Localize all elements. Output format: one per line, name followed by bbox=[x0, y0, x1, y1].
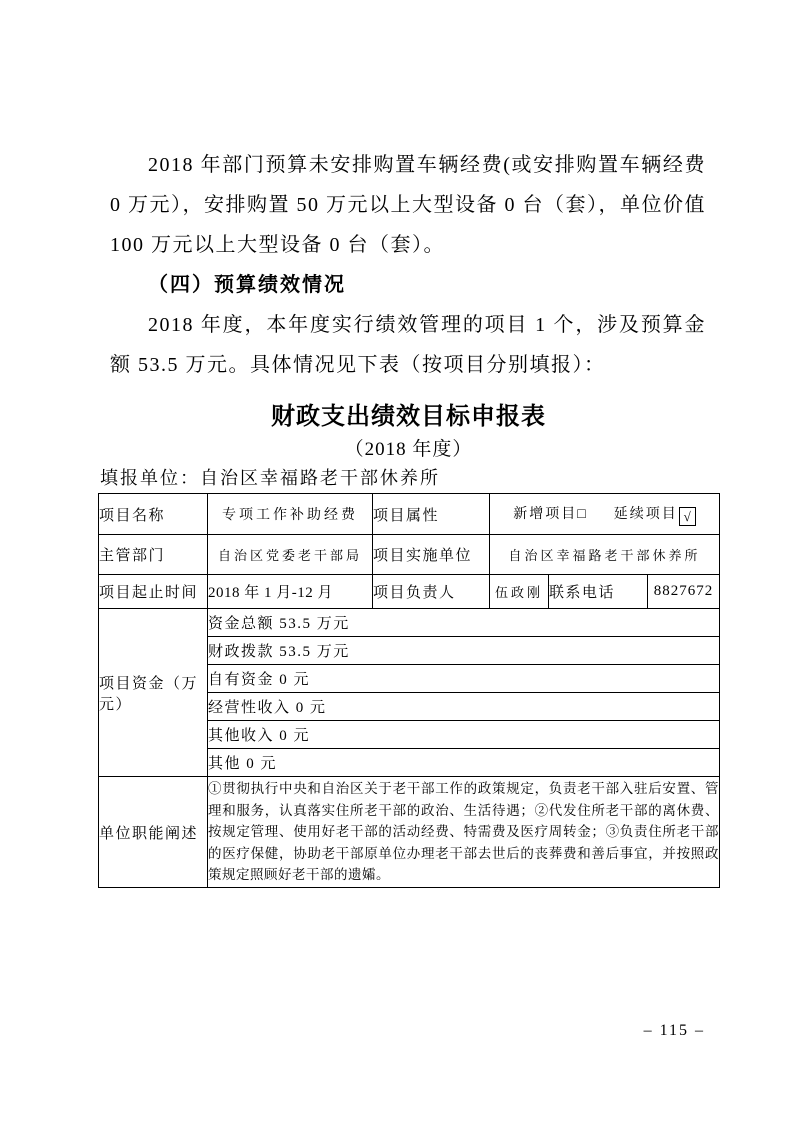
impl-unit-label: 项目实施单位 bbox=[373, 535, 490, 575]
duration-label: 项目起止时间 bbox=[99, 575, 208, 609]
table-row-fund-total: 项目资金（万元） 资金总额 53.5 万元 bbox=[99, 609, 720, 637]
performance-target-table: 项目名称 专项工作补助经费 项目属性 新增项目□延续项目√ 主管部门 自治区党委… bbox=[98, 493, 720, 888]
duty-label: 单位职能阐述 bbox=[99, 777, 208, 888]
fund-item-total: 资金总额 53.5 万元 bbox=[208, 609, 720, 637]
paragraph-vehicle-budget: 2018 年部门预算未安排购置车辆经费(或安排购置车辆经费 0 万元），安排购置… bbox=[98, 145, 719, 265]
phone-value: 8827672 bbox=[648, 575, 720, 609]
project-attr-options: 新增项目□延续项目√ bbox=[490, 494, 720, 535]
duty-content: ①贯彻执行中央和自治区关于老干部工作的政策规定，负责老干部入驻后安置、管理和服务… bbox=[208, 777, 720, 888]
fund-item-other-income: 其他收入 0 元 bbox=[208, 721, 720, 749]
reporting-unit-line: 填报单位：自治区幸福路老干部休养所 bbox=[98, 465, 719, 491]
project-name-label: 项目名称 bbox=[99, 494, 208, 535]
paragraph-performance-summary: 2018 年度，本年度实行绩效管理的项目 1 个，涉及预算金额 53.5 万元。… bbox=[98, 305, 719, 385]
table-row-department: 主管部门 自治区党委老干部局 项目实施单位 自治区幸福路老干部休养所 bbox=[99, 535, 720, 575]
project-attr-label: 项目属性 bbox=[373, 494, 490, 535]
continue-project-option: 延续项目 bbox=[614, 507, 678, 522]
department-label: 主管部门 bbox=[99, 535, 208, 575]
page-number: – 115 – bbox=[644, 1022, 705, 1040]
reporting-unit-label: 填报单位： bbox=[100, 468, 200, 488]
fund-item-fiscal: 财政拨款 53.5 万元 bbox=[208, 637, 720, 665]
document-page: 2018 年部门预算未安排购置车辆经费(或安排购置车辆经费 0 万元），安排购置… bbox=[0, 0, 793, 1122]
fund-item-other: 其他 0 元 bbox=[208, 749, 720, 777]
table-row-duration-leader: 项目起止时间 2018 年 1 月-12 月 项目负责人 伍政刚 联系电话 88… bbox=[99, 575, 720, 609]
table-row-duty: 单位职能阐述 ①贯彻执行中央和自治区关于老干部工作的政策规定，负责老干部入驻后安… bbox=[99, 777, 720, 888]
impl-unit-value: 自治区幸福路老干部休养所 bbox=[490, 535, 720, 575]
project-funds-label: 项目资金（万元） bbox=[99, 609, 208, 777]
section-heading-budget-performance: （四）预算绩效情况 bbox=[98, 265, 719, 305]
form-title: 财政支出绩效目标申报表 bbox=[98, 399, 719, 435]
project-name-value: 专项工作补助经费 bbox=[208, 494, 373, 535]
page-content: 2018 年部门预算未安排购置车辆经费(或安排购置车辆经费 0 万元），安排购置… bbox=[98, 145, 719, 888]
fund-item-operating: 经营性收入 0 元 bbox=[208, 693, 720, 721]
leader-value: 伍政刚 bbox=[490, 575, 549, 609]
continue-project-checkbox-checked: √ bbox=[679, 507, 696, 526]
new-project-option: 新增项目□ bbox=[513, 507, 587, 522]
reporting-unit-value: 自治区幸福路老干部休养所 bbox=[200, 468, 440, 488]
phone-label: 联系电话 bbox=[549, 575, 648, 609]
fund-item-own: 自有资金 0 元 bbox=[208, 665, 720, 693]
duration-value: 2018 年 1 月-12 月 bbox=[208, 575, 373, 609]
department-value: 自治区党委老干部局 bbox=[208, 535, 373, 575]
leader-label: 项目负责人 bbox=[373, 575, 490, 609]
table-row-project-name: 项目名称 专项工作补助经费 项目属性 新增项目□延续项目√ bbox=[99, 494, 720, 535]
form-subtitle-year: （2018 年度） bbox=[98, 435, 719, 465]
